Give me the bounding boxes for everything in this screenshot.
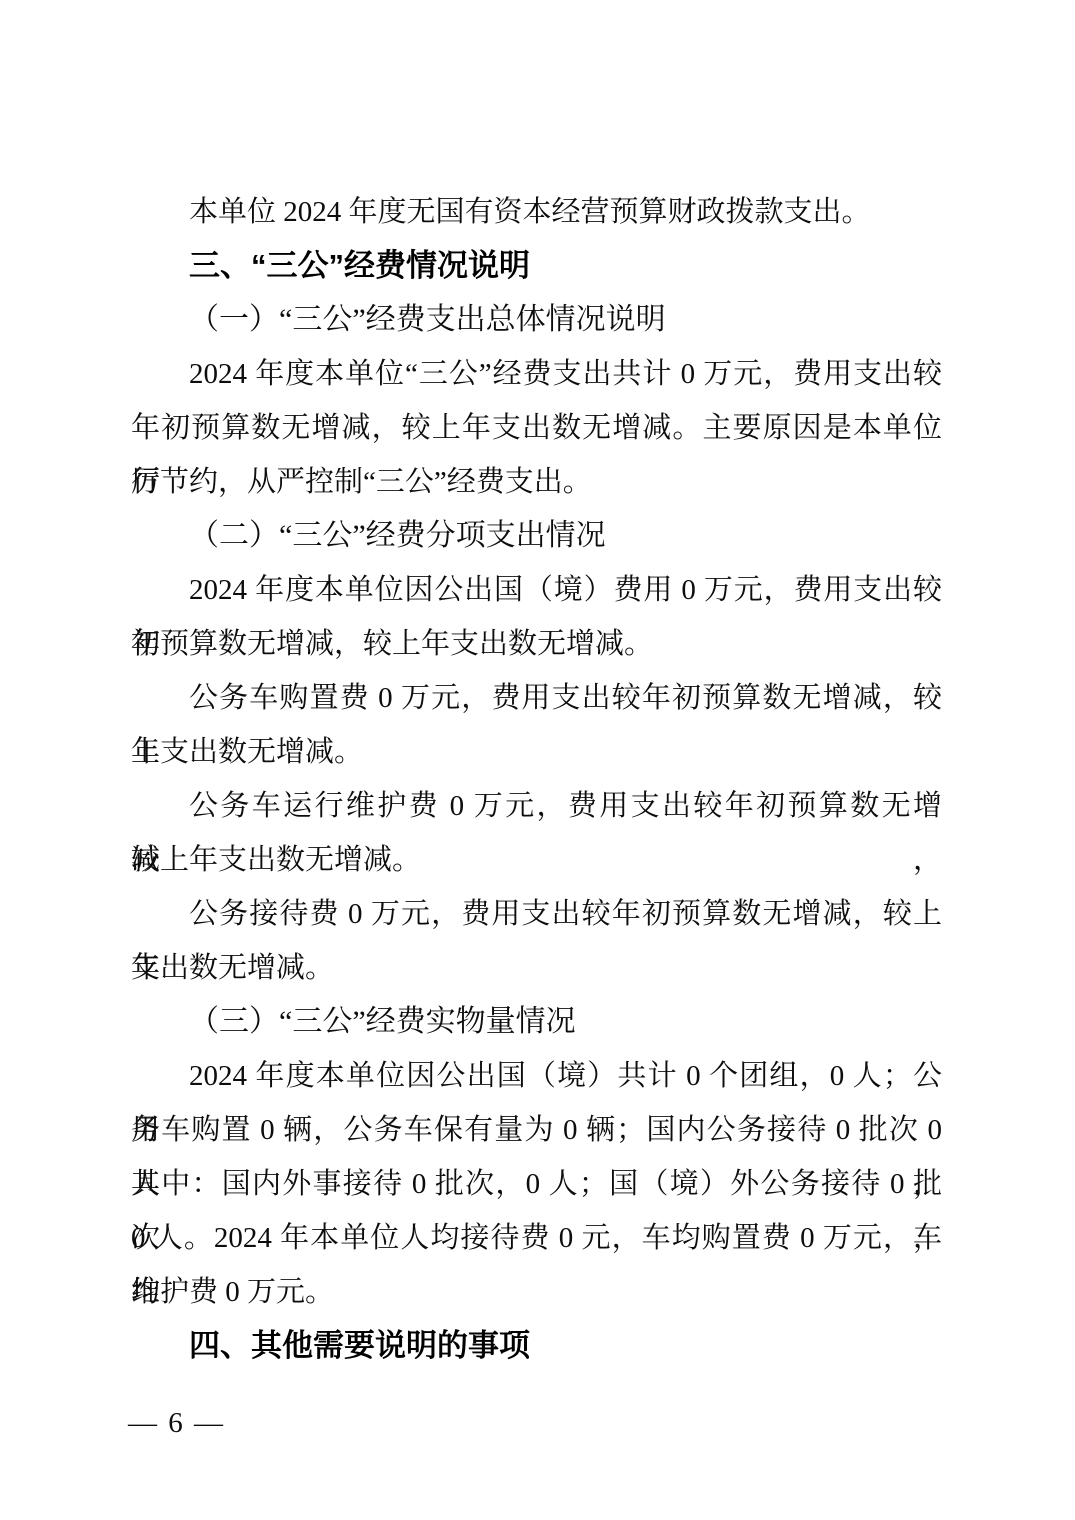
section-heading: 四、其他需要说明的事项 — [131, 1319, 942, 1373]
sub-heading: （二）“三公”经费分项支出情况 — [131, 509, 942, 563]
body-line: 年支出数无增减。 — [131, 725, 942, 779]
body-line: 公务车运行维护费 0 万元，费用支出较年初预算数无增减， — [131, 779, 942, 833]
body-line: 年初预算数无增减，较上年支出数无增减。主要原因是本单位厉 — [131, 401, 942, 455]
body-line: 初预算数无增减，较上年支出数无增减。 — [131, 617, 942, 671]
document-page: 本单位 2024 年度无国有资本经营预算财政拨款支出。三、“三公”经费情况说明（… — [0, 0, 1075, 1520]
body-line: 公务车购置费 0 万元，费用支出较年初预算数无增减，较上 — [131, 671, 942, 725]
sub-heading: （一）“三公”经费支出总体情况说明 — [131, 293, 942, 347]
body-line: 0 人。2024 年本单位人均接待费 0 元，车均购置费 0 万元，车均 — [131, 1211, 942, 1265]
body-line: 用车购置 0 辆，公务车保有量为 0 辆；国内公务接待 0 批次 0 人， — [131, 1103, 942, 1157]
sub-heading: （三）“三公”经费实物量情况 — [131, 995, 942, 1049]
body-line: 本单位 2024 年度无国有资本经营预算财政拨款支出。 — [131, 185, 942, 239]
body-line: 行节约，从严控制“三公”经费支出。 — [131, 455, 942, 509]
page-footer: — 6 — — [128, 1406, 225, 1440]
body-line: 2024 年度本单位“三公”经费支出共计 0 万元，费用支出较 — [131, 347, 942, 401]
body-line: 其中：国内外事接待 0 批次，0 人；国（境）外公务接待 0 批次， — [131, 1157, 942, 1211]
body-line: 2024 年度本单位因公出国（境）费用 0 万元，费用支出较年 — [131, 563, 942, 617]
body-line: 公务接待费 0 万元，费用支出较年初预算数无增减，较上年 — [131, 887, 942, 941]
body-line: 支出数无增减。 — [131, 941, 942, 995]
document-body: 本单位 2024 年度无国有资本经营预算财政拨款支出。三、“三公”经费情况说明（… — [131, 185, 942, 1373]
body-line: 维护费 0 万元。 — [131, 1265, 942, 1319]
body-line: 2024 年度本单位因公出国（境）共计 0 个团组，0 人；公务 — [131, 1049, 942, 1103]
page-number: — 6 — — [128, 1407, 225, 1439]
section-heading: 三、“三公”经费情况说明 — [131, 239, 942, 293]
